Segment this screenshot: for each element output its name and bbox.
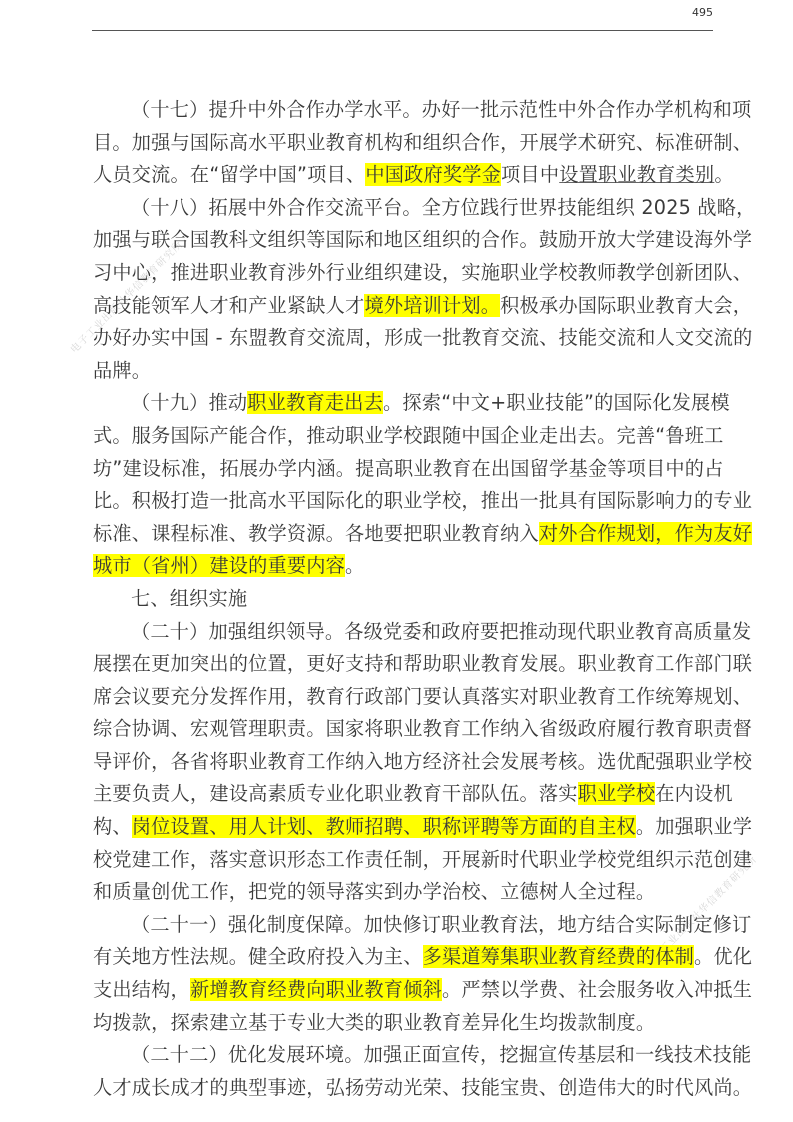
text-line: 七、组织实施 [93, 583, 713, 616]
text-line: 坊”建设标准，拓展办学内涵。提高职业教育在出国留学基金等项目中的占 [93, 453, 713, 486]
text-line: 主要负责人，建设高素质专业化职业教育干部队伍。落实职业学校在内设机 [93, 778, 713, 811]
text-line: （二十二）优化发展环境。加强正面宣传，挖掘宣传基层和一线技术技能 [93, 1039, 713, 1072]
text-span: 有关地方性法规。健全政府投入为主、 [93, 945, 423, 968]
highlighted-text: 中国政府奖学金 [365, 163, 501, 186]
text-span: 。 [345, 554, 364, 577]
text-line: （十八）拓展中外合作交流平台。全方位践行世界技能组织 2025 战略， [93, 192, 713, 225]
text-line: （二十）加强组织领导。各级党委和政府要把推动现代职业教育高质量发 [93, 616, 713, 649]
text-span: 加强与联合国教科文组织等国际和地区组织的合作。鼓励开放大学建设海外学 [93, 228, 752, 251]
text-span: 导评价，各省将职业教育工作纳入地方经济社会发展考核。选优配强职业学校 [93, 750, 752, 773]
text-line: 办好办实中国 - 东盟教育交流周，形成一批教育交流、技能交流和人文交流的 [93, 322, 713, 355]
document-body: （十七）提升中外合作办学水平。办好一批示范性中外合作办学机构和项目。加强与国际高… [93, 94, 713, 1104]
text-line: 均拨款，探索建立基于专业大类的职业教育差异化生均拨款制度。 [93, 1007, 713, 1040]
text-line: 导评价，各省将职业教育工作纳入地方经济社会发展考核。选优配强职业学校 [93, 746, 713, 779]
page-number: 495 [692, 6, 713, 19]
text-span: 构、 [93, 815, 132, 838]
text-span: 高技能领军人才和产业紧缺人才 [93, 294, 364, 317]
text-line: 人员交流。在“留学中国”项目、中国政府奖学金项目中设置职业教育类别。 [93, 159, 713, 192]
text-span: （二十二）优化发展环境。加强正面宣传，挖掘宣传基层和一线技术技能 [131, 1043, 751, 1066]
text-line: 人才成长成才的典型事迹，弘扬劳动光荣、技能宝贵、创造伟大的时代风尚。 [93, 1072, 713, 1105]
text-line: （十九）推动职业教育走出去。探索“中文+职业技能”的国际化发展模 [93, 387, 713, 420]
text-span: 人员交流。在“留学中国”项目、 [93, 163, 365, 186]
text-span: 习中心，推进职业教育涉外行业组织建设，实施职业学校教师教学创新团队、 [93, 261, 752, 284]
text-span: 席会议要充分发挥作用，教育行政部门要认真落实对职业教育工作统筹规划、 [93, 685, 752, 708]
text-span: （十八）拓展中外合作交流平台。全方位践行世界技能组织 2025 战略， [131, 196, 755, 219]
highlighted-text: 城市（省州）建设的重要内容 [93, 554, 345, 577]
highlighted-text: 岗位设置、用人计划、教师招聘、职称评聘等方面的自主权 [132, 815, 636, 838]
text-span: 校党建工作，落实意识形态工作责任制，开展新时代职业学校党组织示范创建 [93, 848, 752, 871]
text-span: 均拨款，探索建立基于专业大类的职业教育差异化生均拨款制度。 [93, 1011, 655, 1034]
text-span: （二十一）强化制度保障。加快修订职业教育法，地方结合实际制定修订 [131, 913, 751, 936]
text-span: 办好办实中国 - 东盟教育交流周，形成一批教育交流、技能交流和人文交流的 [93, 326, 753, 349]
text-span: （二十）加强组织领导。各级党委和政府要把推动现代职业教育高质量发 [131, 620, 751, 643]
text-span: 支出结构， [93, 978, 190, 1001]
text-line: 综合协调、宏观管理职责。国家将职业教育工作纳入省级政府履行教育职责督 [93, 713, 713, 746]
text-span: 展摆在更加突出的位置，更好支持和帮助职业教育发展。职业教育工作部门联 [93, 652, 752, 675]
highlighted-text: 职业学校 [578, 782, 656, 805]
text-span: （十九）推动 [131, 391, 247, 414]
text-span: 品牌。 [93, 359, 151, 382]
text-line: 展摆在更加突出的位置，更好支持和帮助职业教育发展。职业教育工作部门联 [93, 648, 713, 681]
highlighted-text: 新增教育经费向职业教育倾斜 [190, 978, 442, 1001]
text-span: 人才成长成才的典型事迹，弘扬劳动光荣、技能宝贵、创造伟大的时代风尚。 [93, 1076, 752, 1099]
text-line: 和质量创优工作，把党的领导落实到办学治校、立德树人全过程。 [93, 876, 713, 909]
text-span: 在内设机 [655, 782, 733, 805]
text-line: 城市（省州）建设的重要内容。 [93, 550, 713, 583]
text-line: （十七）提升中外合作办学水平。办好一批示范性中外合作办学机构和项 [93, 94, 713, 127]
highlighted-text: 职业教育走出去 [247, 391, 383, 414]
highlighted-text: 对外合作规划，作为友好 [539, 522, 752, 545]
text-line: 式。服务国际产能合作，推动职业学校跟随中国企业走出去。完善“鲁班工 [93, 420, 713, 453]
text-line: 品牌。 [93, 355, 713, 388]
underlined-text: 设置职业教育类别 [559, 163, 714, 186]
text-line: 加强与联合国教科文组织等国际和地区组织的合作。鼓励开放大学建设海外学 [93, 224, 713, 257]
header-rule [92, 30, 713, 31]
text-span: 。探索“中文+职业技能”的国际化发展模 [383, 391, 730, 414]
text-span: 标准、课程标准、教学资源。各地要把职业教育纳入 [93, 522, 539, 545]
highlighted-text: 境外培训计划。 [364, 294, 500, 317]
text-span: 七、组织实施 [131, 587, 247, 610]
text-span: 项目中 [501, 163, 559, 186]
text-span: 比。积极打造一批高水平国际化的职业学校，推出一批具有国际影响力的专业 [93, 489, 752, 512]
text-line: 高技能领军人才和产业紧缺人才境外培训计划。积极承办国际职业教育大会， [93, 290, 713, 323]
text-line: 支出结构，新增教育经费向职业教育倾斜。严禁以学费、社会服务收入冲抵生 [93, 974, 713, 1007]
text-span: 。加强职业学 [636, 815, 752, 838]
text-span: 综合协调、宏观管理职责。国家将职业教育工作纳入省级政府履行教育职责督 [93, 717, 752, 740]
text-line: 目。加强与国际高水平职业教育机构和组织合作，开展学术研究、标准研制、 [93, 127, 713, 160]
text-line: 习中心，推进职业教育涉外行业组织建设，实施职业学校教师教学创新团队、 [93, 257, 713, 290]
text-line: 比。积极打造一批高水平国际化的职业学校，推出一批具有国际影响力的专业 [93, 485, 713, 518]
text-line: 席会议要充分发挥作用，教育行政部门要认真落实对职业教育工作统筹规划、 [93, 681, 713, 714]
text-span: （十七）提升中外合作办学水平。办好一批示范性中外合作办学机构和项 [131, 98, 751, 121]
text-span: 主要负责人，建设高素质专业化职业教育干部队伍。落实 [93, 782, 578, 805]
text-span: 和质量创优工作，把党的领导落实到办学治校、立德树人全过程。 [93, 880, 655, 903]
text-line: （二十一）强化制度保障。加快修订职业教育法，地方结合实际制定修订 [93, 909, 713, 942]
text-span: 坊”建设标准，拓展办学内涵。提高职业教育在出国留学基金等项目中的占 [93, 457, 724, 480]
highlighted-text: 多渠道筹集职业教育经费的体制 [423, 945, 694, 968]
text-line: 构、岗位设置、用人计划、教师招聘、职称评聘等方面的自主权。加强职业学 [93, 811, 713, 844]
text-span: 。严禁以学费、社会服务收入冲抵生 [442, 978, 752, 1001]
text-span: 式。服务国际产能合作，推动职业学校跟随中国企业走出去。完善“鲁班工 [93, 424, 724, 447]
text-span: 。优化 [694, 945, 752, 968]
text-span: 。 [714, 163, 733, 186]
text-line: 标准、课程标准、教学资源。各地要把职业教育纳入对外合作规划，作为友好 [93, 518, 713, 551]
text-line: 校党建工作，落实意识形态工作责任制，开展新时代职业学校党组织示范创建 [93, 844, 713, 877]
text-line: 有关地方性法规。健全政府投入为主、多渠道筹集职业教育经费的体制。优化 [93, 941, 713, 974]
text-span: 积极承办国际职业教育大会， [500, 294, 752, 317]
text-span: 目。加强与国际高水平职业教育机构和组织合作，开展学术研究、标准研制、 [93, 131, 752, 154]
